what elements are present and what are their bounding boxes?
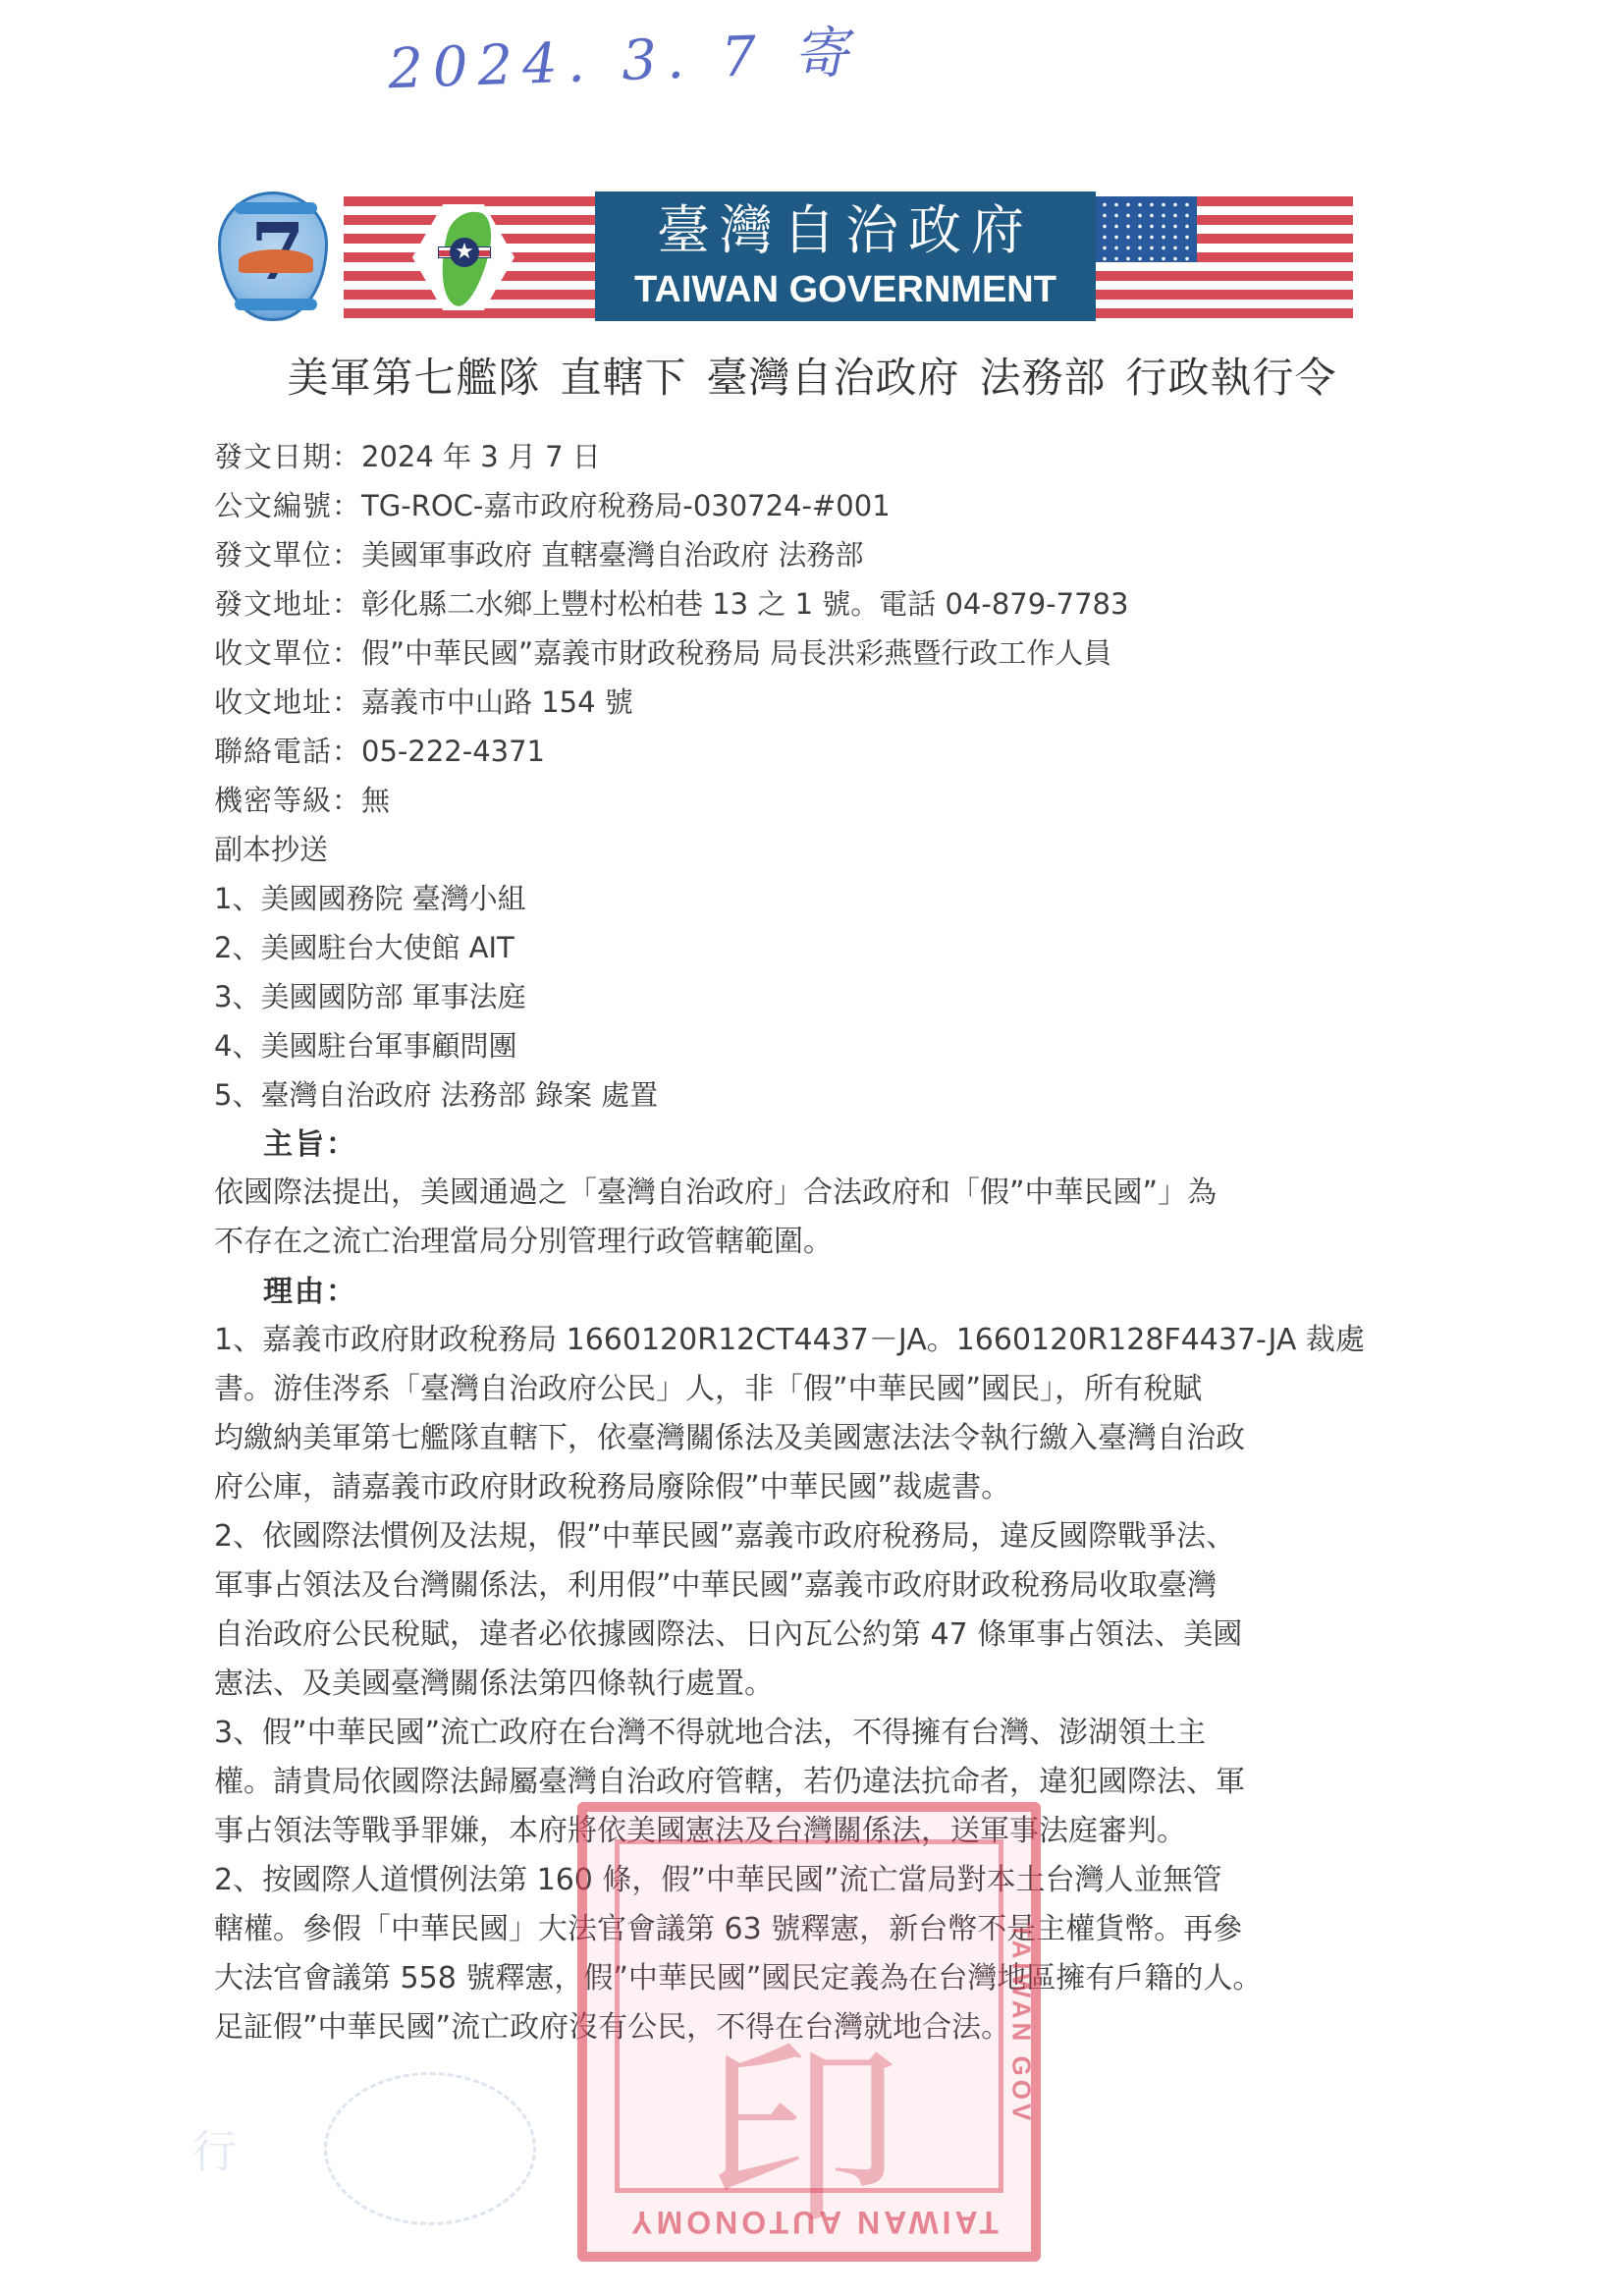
letterhead-banner: 7 ★ 臺灣自治政府 TAIWAN GOVERNMENT — [214, 191, 1353, 324]
handwritten-mailing-note: 2024. 3. 7 寄 — [387, 10, 859, 105]
subject-line: 不存在之流亡治理當局分別管理行政管轄範圍。 — [214, 1218, 1343, 1267]
meta-issue-date: 發文日期：2024 年 3 月 7 日 — [214, 432, 1128, 481]
seal-right-text: TAIWAN GOV — [1006, 1906, 1037, 2142]
document-meta-fields: 發文日期：2024 年 3 月 7 日 公文編號：TG-ROC-嘉市政府稅務局-… — [214, 432, 1128, 874]
crest-ribbon-bottom — [235, 299, 317, 310]
reason-paragraph-2: 2、依國際法慣例及法規，假”中華民國”嘉義市政府稅務局，違反國際戰爭法、 軍事占… — [214, 1512, 1343, 1709]
meta-issuing-unit: 發文單位：美國軍事政府 直轄臺灣自治政府 法務部 — [214, 530, 1128, 579]
striped-flag-left: ★ — [344, 196, 595, 318]
meta-confidentiality: 機密等級：無 — [214, 776, 1128, 825]
meta-contact-phone: 聯絡電話：05-222-4371 — [214, 727, 1128, 776]
official-red-seal: 印 TAIWAN AUTONOMY TAIWAN GOV — [577, 1802, 1041, 2262]
crest-eagle-wings — [239, 249, 313, 273]
reason-line: 1、嘉義市政府財政稅務局 1660120R12CT4437－JA。1660120… — [214, 1316, 1343, 1365]
reason-paragraph-1: 1、嘉義市政府財政稅務局 1660120R12CT4437－JA。1660120… — [214, 1316, 1343, 1512]
cc-item: 4、美國駐台軍事顧問團 — [214, 1021, 658, 1070]
faint-round-seal — [324, 2072, 536, 2225]
meta-recipient-unit: 收文單位：假”中華民國”嘉義市財政稅務局 局長洪彩燕暨行政工作人員 — [214, 629, 1128, 678]
banner-chinese-title: 臺灣自治政府 — [595, 199, 1096, 262]
banner-english-title: TAIWAN GOVERNMENT — [595, 268, 1096, 311]
cc-item: 1、美國國務院 臺灣小組 — [214, 874, 658, 923]
cc-heading: 副本抄送 — [214, 825, 1128, 874]
seal-bottom-text: TAIWAN AUTONOMY — [607, 2204, 1019, 2240]
title-part: 直轄下 — [560, 354, 686, 402]
title-part: 美軍第七艦隊 — [287, 354, 540, 402]
meta-recipient-address: 收文地址：嘉義市中山路 154 號 — [214, 678, 1128, 727]
title-part: 臺灣自治政府 — [706, 354, 959, 402]
cc-item: 2、美國駐台大使館 AIT — [214, 923, 658, 972]
reason-line: 均繳納美軍第七艦隊直轄下，依臺灣關係法及美國憲法法令執行繳入臺灣自治政 — [214, 1414, 1343, 1463]
meta-issuing-address: 發文地址：彰化縣二水鄉上豐村松柏巷 13 之 1 號。電話 04-879-778… — [214, 579, 1128, 629]
us-flag-icon — [1096, 196, 1353, 318]
meta-document-number: 公文編號：TG-ROC-嘉市政府稅務局-030724-#001 — [214, 481, 1128, 530]
reason-line: 府公庫，請嘉義市政府財政稅務局廢除假”中華民國”裁處書。 — [214, 1463, 1343, 1512]
reason-line: 憲法、及美國臺灣關係法第四條執行處置。 — [214, 1660, 1343, 1709]
banner-title-box: 臺灣自治政府 TAIWAN GOVERNMENT — [595, 191, 1096, 321]
cc-item: 5、臺灣自治政府 法務部 錄案 處置 — [214, 1070, 658, 1120]
document-title: 美軍第七艦隊直轄下臺灣自治政府法務部行政執行令 — [0, 346, 1624, 405]
subject-line: 依國際法提出，美國通過之「臺灣自治政府」合法政府和「假”中華民國”」為 — [214, 1169, 1343, 1218]
reason-line: 軍事占領法及台灣關係法，利用假”中華民國”嘉義市政府財政稅務局收取臺灣 — [214, 1561, 1343, 1611]
reason-line: 3、假”中華民國”流亡政府在台灣不得就地合法，不得擁有台灣、澎湖領土主 — [214, 1709, 1343, 1758]
us-flag-canton — [1096, 196, 1197, 262]
reasons-heading: 理由： — [263, 1267, 357, 1310]
us-roundel-icon: ★ — [438, 238, 491, 267]
faint-seal-glyph: 行 — [191, 2116, 237, 2181]
reason-line: 2、依國際法慣例及法規，假”中華民國”嘉義市政府稅務局，違反國際戰爭法、 — [214, 1512, 1343, 1561]
reason-line: 自治政府公民稅賦，違者必依據國際法、日內瓦公約第 47 條軍事占領法、美國 — [214, 1611, 1343, 1660]
title-part: 法務部 — [980, 354, 1107, 402]
reason-line: 權。請貴局依國際法歸屬臺灣自治政府管轄，若仍違法抗命者，違犯國際法、軍 — [214, 1758, 1343, 1807]
subject-heading: 主旨： — [263, 1120, 357, 1163]
subject-paragraph: 依國際法提出，美國通過之「臺灣自治政府」合法政府和「假”中華民國”」為 不存在之… — [214, 1169, 1343, 1267]
title-part: 行政執行令 — [1126, 354, 1337, 402]
reason-line: 書。游佳涔系「臺灣自治政府公民」人，非「假”中華民國”國民」，所有稅賦 — [214, 1365, 1343, 1414]
cc-item: 3、美國國防部 軍事法庭 — [214, 972, 658, 1021]
seventh-fleet-crest-icon: 7 — [218, 191, 328, 321]
cc-recipient-list: 1、美國國務院 臺灣小組 2、美國駐台大使館 AIT 3、美國國防部 軍事法庭 … — [214, 874, 658, 1120]
